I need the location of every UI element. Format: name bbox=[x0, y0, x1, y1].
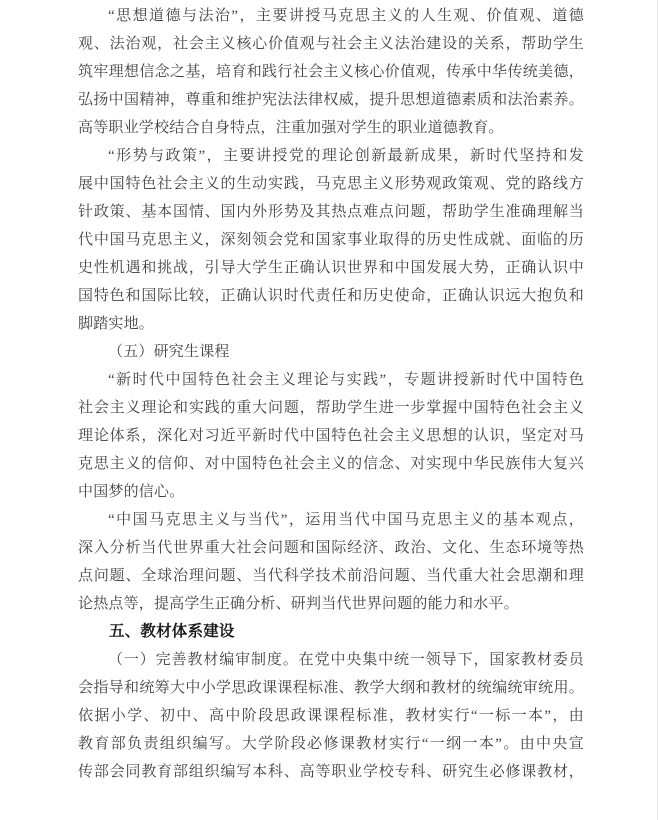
text-line: 深入分析当代世界重大社会问题和国际经济、政治、文化、生态环境等热 bbox=[78, 534, 584, 562]
text-line: 代中国马克思主义，深刻领会党和国家事业取得的历史性成就、面临的历 bbox=[78, 226, 584, 254]
paragraph-3: （五）研究生课程 bbox=[78, 338, 584, 366]
text-line: （五）研究生课程 bbox=[78, 338, 584, 366]
paragraph-1: “思想道德与法治”，主要讲授马克思主义的人生观、价值观、道德观、法治观，社会主义… bbox=[78, 2, 584, 142]
text-line: 观、法治观，社会主义核心价值观与社会主义法治建设的关系，帮助学生 bbox=[78, 30, 584, 58]
text-line: 五、教材体系建设 bbox=[78, 618, 584, 646]
text-line: 国特色和国际比较，正确认识时代责任和历史使命，正确认识远大抱负和 bbox=[78, 282, 584, 310]
text-line: 克思主义的信仰、对中国特色社会主义的信念、对实现中华民族伟大复兴 bbox=[78, 450, 584, 478]
text-line: 论热点等，提高学生正确分析、研判当代世界问题的能力和水平。 bbox=[78, 590, 584, 618]
paragraph-2: “形势与政策”，主要讲授党的理论创新最新成果，新时代坚持和发展中国特色社会主义的… bbox=[78, 142, 584, 338]
page-edge-line bbox=[657, 0, 658, 820]
text-line: 中国梦的信心。 bbox=[78, 478, 584, 506]
text-line: 针政策、基本国情、国内外形势及其热点难点问题，帮助学生准确理解当 bbox=[78, 198, 584, 226]
paragraph-5: “中国马克思主义与当代”，运用当代中国马克思主义的基本观点，深入分析当代世界重大… bbox=[78, 506, 584, 618]
text-line: （一）完善教材编审制度。在党中央集中统一领导下，国家教材委员 bbox=[78, 646, 584, 674]
text-line: 史性机遇和挑战，引导大学生正确认识世界和中国发展大势，正确认识中 bbox=[78, 254, 584, 282]
text-line: 社会主义理论和实践的重大问题，帮助学生进一步掌握中国特色社会主义 bbox=[78, 394, 584, 422]
text-line: 弘扬中国精神，尊重和维护宪法法律权威，提升思想道德素质和法治素养。 bbox=[78, 86, 584, 114]
paragraph-6: 五、教材体系建设 bbox=[78, 618, 584, 646]
text-line: 展中国特色社会主义的生动实践，马克思主义形势观政策观、党的路线方 bbox=[78, 170, 584, 198]
text-line: 传部会同教育部组织编写本科、高等职业学校专科、研究生必修课教材， bbox=[78, 758, 584, 786]
paragraph-7: （一）完善教材编审制度。在党中央集中统一领导下，国家教材委员会指导和统筹大中小学… bbox=[78, 646, 584, 786]
text-line: 高等职业学校结合自身特点，注重加强对学生的职业道德教育。 bbox=[78, 114, 584, 142]
text-line: “中国马克思主义与当代”，运用当代中国马克思主义的基本观点， bbox=[78, 506, 584, 534]
text-line: “思想道德与法治”，主要讲授马克思主义的人生观、价值观、道德 bbox=[78, 2, 584, 30]
text-line: 脚踏实地。 bbox=[78, 310, 584, 338]
text-line: 筑牢理想信念之基，培育和践行社会主义核心价值观，传承中华传统美德， bbox=[78, 58, 584, 86]
text-line: “新时代中国特色社会主义理论与实践”，专题讲授新时代中国特色 bbox=[78, 366, 584, 394]
document-body: “思想道德与法治”，主要讲授马克思主义的人生观、价值观、道德观、法治观，社会主义… bbox=[78, 2, 584, 786]
text-line: 依据小学、初中、高中阶段思政课课程标准，教材实行“一标一本”，由 bbox=[78, 702, 584, 730]
paragraph-4: “新时代中国特色社会主义理论与实践”，专题讲授新时代中国特色社会主义理论和实践的… bbox=[78, 366, 584, 506]
text-line: 点问题、全球治理问题、当代科学技术前沿问题、当代重大社会思潮和理 bbox=[78, 562, 584, 590]
text-line: “形势与政策”，主要讲授党的理论创新最新成果，新时代坚持和发 bbox=[78, 142, 584, 170]
text-line: 理论体系，深化对习近平新时代中国特色社会主义思想的认识，坚定对马 bbox=[78, 422, 584, 450]
text-line: 教育部负责组织编写。大学阶段必修课教材实行“一纲一本”。由中央宣 bbox=[78, 730, 584, 758]
text-line: 会指导和统筹大中小学思政课课程标准、教学大纲和教材的统编统审统用。 bbox=[78, 674, 584, 702]
